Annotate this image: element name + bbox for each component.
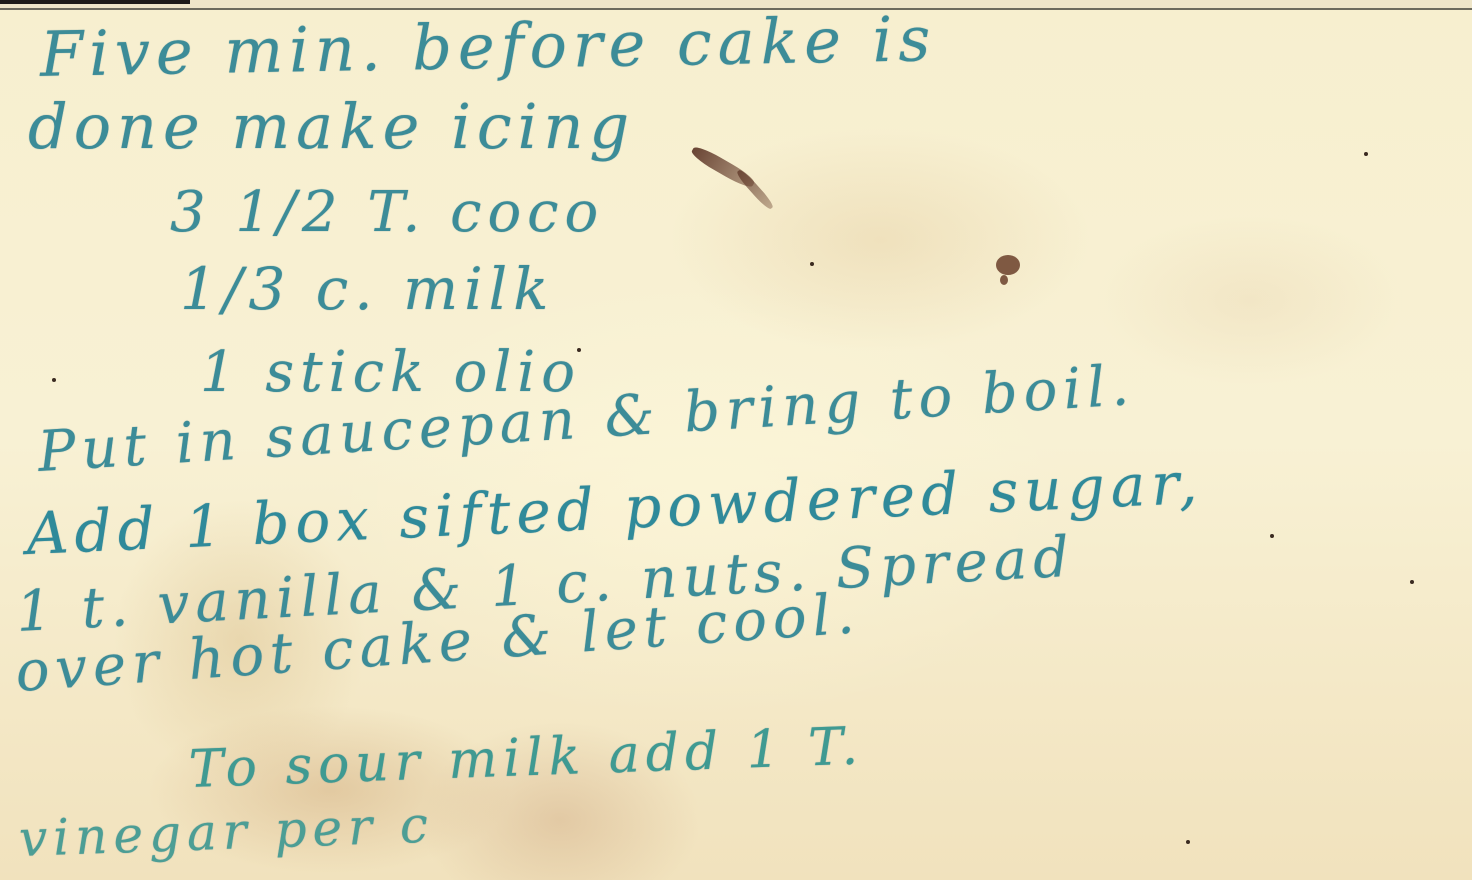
dot-mark bbox=[1364, 152, 1368, 156]
ink-stain-spot-small bbox=[1000, 275, 1008, 285]
recipe-note-sour-milk-cont: vinegar per c bbox=[18, 796, 435, 868]
dot-mark bbox=[1410, 580, 1414, 584]
dot-mark bbox=[1186, 840, 1190, 844]
dot-mark bbox=[1270, 534, 1274, 538]
recipe-line-instruction-intro: Five min. before cake is bbox=[39, 2, 936, 91]
recipe-ingredient-milk: 1/3 c. milk bbox=[180, 255, 554, 323]
recipe-ingredient-cocoa: 3 1/2 T. coco bbox=[170, 180, 604, 245]
ink-stain-streak-tail bbox=[735, 168, 775, 211]
card-top-edge-shadow bbox=[0, 0, 190, 4]
ink-stain-spot bbox=[996, 255, 1020, 275]
dot-mark bbox=[810, 262, 814, 266]
recipe-card: Five min. before cake is done make icing… bbox=[0, 0, 1472, 880]
recipe-line-instruction-intro-cont: done make icing bbox=[28, 90, 635, 163]
dot-mark bbox=[52, 378, 56, 382]
dot-mark bbox=[577, 348, 581, 352]
recipe-note-sour-milk: To sour milk add 1 T. bbox=[188, 716, 865, 800]
